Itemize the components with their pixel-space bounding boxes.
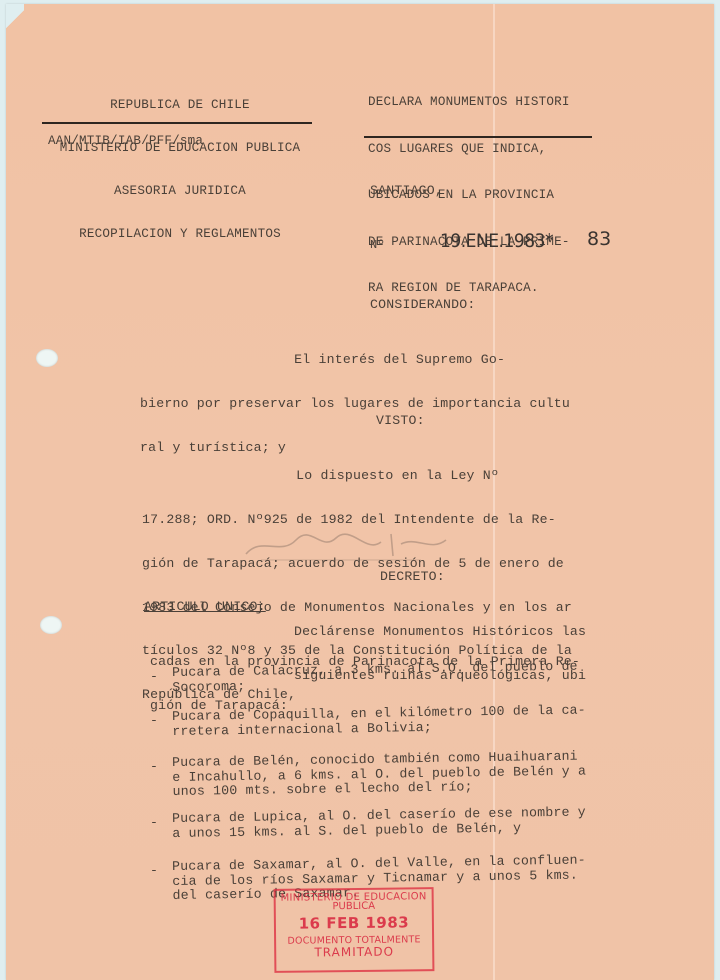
place-label: SANTIAGO, xyxy=(370,184,443,198)
received-stamp: MINISTERIO DE EDUCACION PUBLICA 16 FEB 1… xyxy=(274,887,435,973)
visto-heading: VISTO: xyxy=(376,414,425,428)
summary-line: COS LUGARES QUE INDICA, xyxy=(368,142,570,158)
text-line: bierno por preservar los lugares de impo… xyxy=(140,397,570,412)
summary-line: DECLARA MONUMENTOS HISTORI xyxy=(368,95,570,111)
letterhead: REPUBLICA DE CHILE MINISTERIO DE EDUCACI… xyxy=(42,70,318,270)
summary-line: RA REGION DE TARAPACA. xyxy=(368,281,570,297)
text-line: El interés del Supremo Go- xyxy=(140,353,570,368)
considerando-heading: CONSIDERANDO: xyxy=(370,298,475,312)
letterhead-line: RECOPILACION Y REGLAMENTOS xyxy=(42,227,318,242)
folded-corner xyxy=(6,4,24,34)
punch-hole xyxy=(40,616,62,634)
bullet-dash: - xyxy=(150,864,158,878)
punch-hole xyxy=(36,349,58,367)
list-item: Pucara de Belén, conocido también como H… xyxy=(172,750,586,800)
summary-rule xyxy=(364,136,592,138)
number-label: Nº xyxy=(370,238,385,252)
text-line: Lo dispuesto en la Ley Nº xyxy=(142,469,572,484)
reference-code: AAN/MTIB/IAB/PFF/sma xyxy=(48,134,203,148)
decreto-heading: DECRETO: xyxy=(380,570,445,584)
bullet-dash: - xyxy=(150,816,158,830)
article-label: ARTICULO UNICO: xyxy=(144,600,266,614)
bullet-dash: - xyxy=(150,760,158,774)
stamp-date: 16 FEB 1983 xyxy=(276,913,432,933)
decree-number: 83 xyxy=(587,228,611,250)
bullet-dash: - xyxy=(150,670,158,684)
bullet-dash: - xyxy=(150,714,158,728)
letterhead-line: REPUBLICA DE CHILE xyxy=(42,98,318,113)
faint-signature xyxy=(241,526,451,562)
date-stamp: 19.ENE.1983* xyxy=(440,230,553,252)
letterhead-line: ASESORIA JURIDICA xyxy=(42,184,318,199)
list-item: Pucara de Lupica, al O. del caserío de e… xyxy=(172,806,586,842)
letterhead-rule xyxy=(42,122,312,124)
document-page: REPUBLICA DE CHILE MINISTERIO DE EDUCACI… xyxy=(6,4,714,980)
